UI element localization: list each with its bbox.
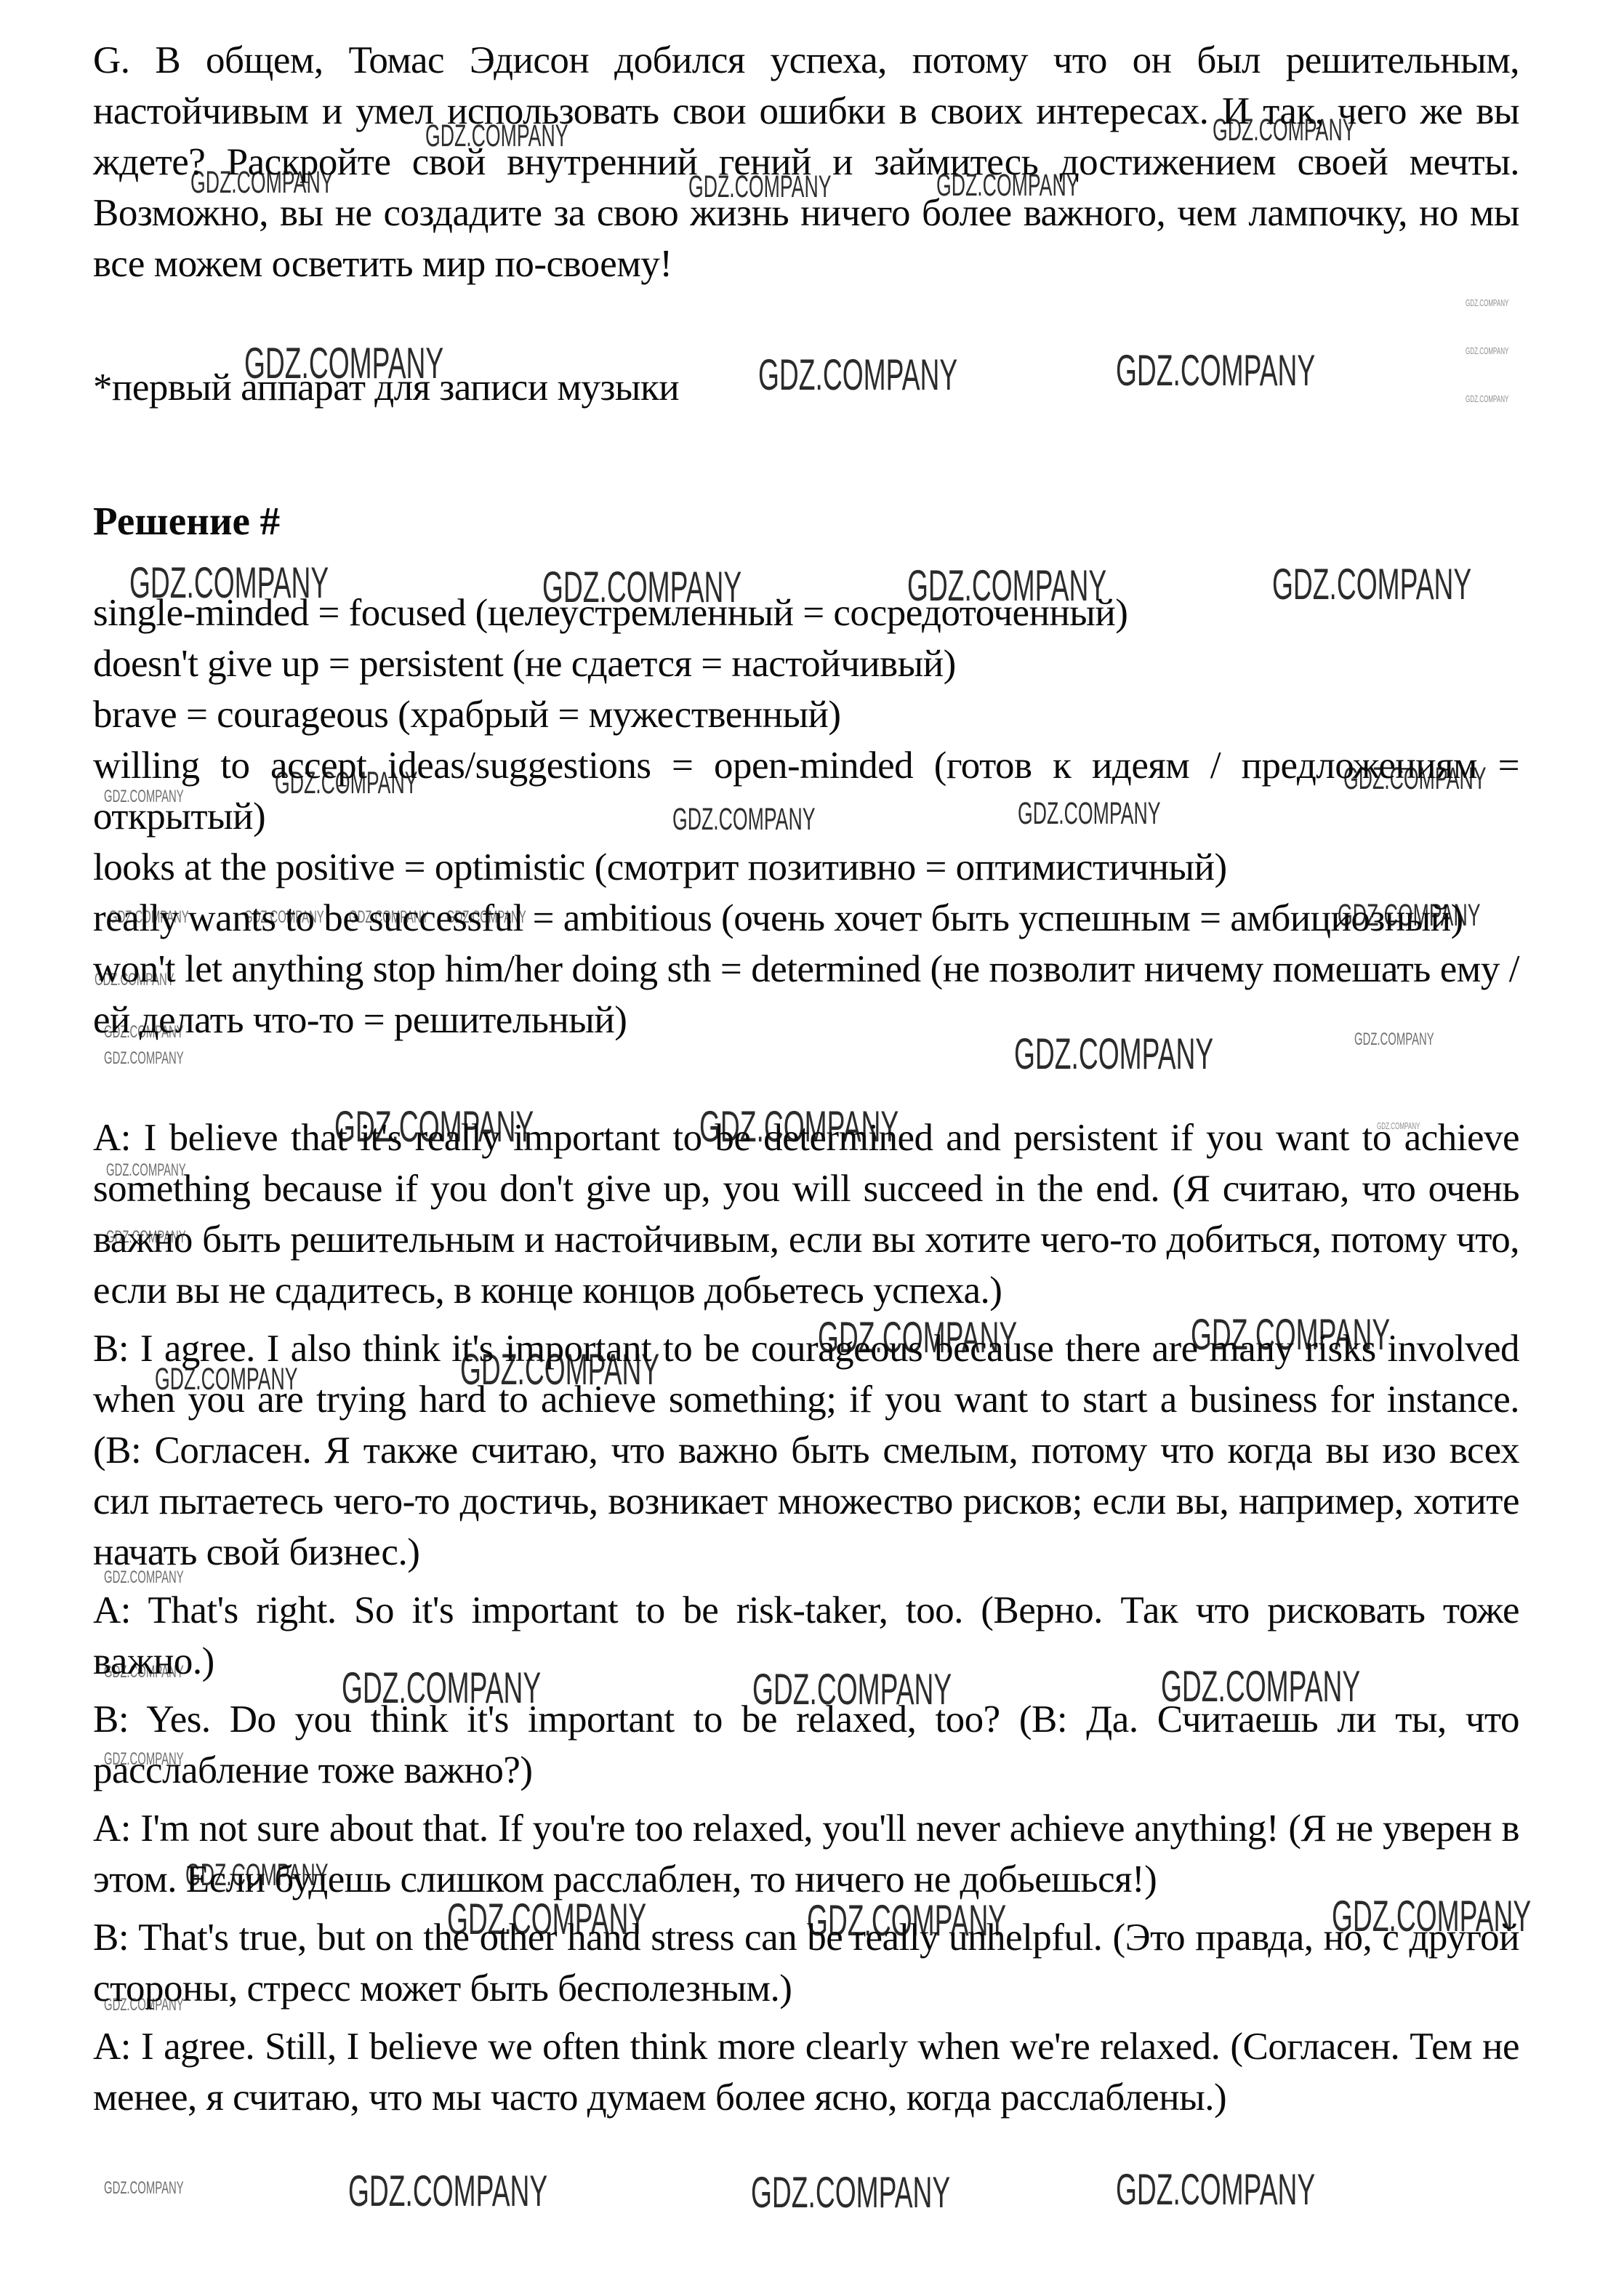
vocab-line-persistent: doesn't give up = persistent (не сдается… — [93, 638, 1519, 689]
gdz-company-watermark: GDZ.COMPANY — [104, 2180, 184, 2197]
dialogue-line-b1: B: I agree. I also think it's important … — [93, 1323, 1519, 1578]
gdz-company-watermark: GDZ.COMPANY — [751, 2171, 950, 2215]
vocab-line-optimistic: looks at the positive = optimistic (смот… — [93, 842, 1519, 893]
dialogue-line-a4: A: I agree. Still, I believe we often th… — [93, 2021, 1519, 2123]
dialogue-line-b3: B: That's true, but on the other hand st… — [93, 1912, 1519, 2014]
vocab-line-ambitious: really wants to be successful = ambitiou… — [93, 893, 1519, 944]
dialogue: A: I believe that it's really important … — [93, 1112, 1519, 2123]
gdz-company-watermark: GDZ.COMPANY — [1116, 2168, 1315, 2212]
document-content: G. В общем, Томас Эдисон добился успеха,… — [93, 35, 1519, 2130]
dialogue-line-a3: A: I'm not sure about that. If you're to… — [93, 1803, 1519, 1905]
solution-heading: Решение # — [93, 496, 1519, 547]
document-page: GDZ.COMPANYGDZ.COMPANYGDZ.COMPANYGDZ.COM… — [0, 0, 1616, 2296]
footnote-phonograph: *первый аппарат для записи музыки — [93, 362, 1519, 413]
dialogue-line-b2: B: Yes. Do you think it's important to b… — [93, 1694, 1519, 1796]
dialogue-line-a1: A: I believe that it's really important … — [93, 1112, 1519, 1316]
vocab-line-determined: won't let anything stop him/her doing st… — [93, 944, 1519, 1045]
paragraph-g: G. В общем, Томас Эдисон добился успеха,… — [93, 35, 1519, 289]
dialogue-line-a2: A: That's right. So it's important to be… — [93, 1585, 1519, 1687]
vocab-line-courageous: brave = courageous (храбрый = мужественн… — [93, 689, 1519, 740]
vocab-line-open-minded: willing to accept ideas/suggestions = op… — [93, 740, 1519, 842]
gdz-company-watermark: GDZ.COMPANY — [348, 2169, 547, 2213]
vocabulary-list: single-minded = focused (целеустремленны… — [93, 587, 1519, 1045]
vocab-line-single-minded: single-minded = focused (целеустремленны… — [93, 587, 1519, 638]
